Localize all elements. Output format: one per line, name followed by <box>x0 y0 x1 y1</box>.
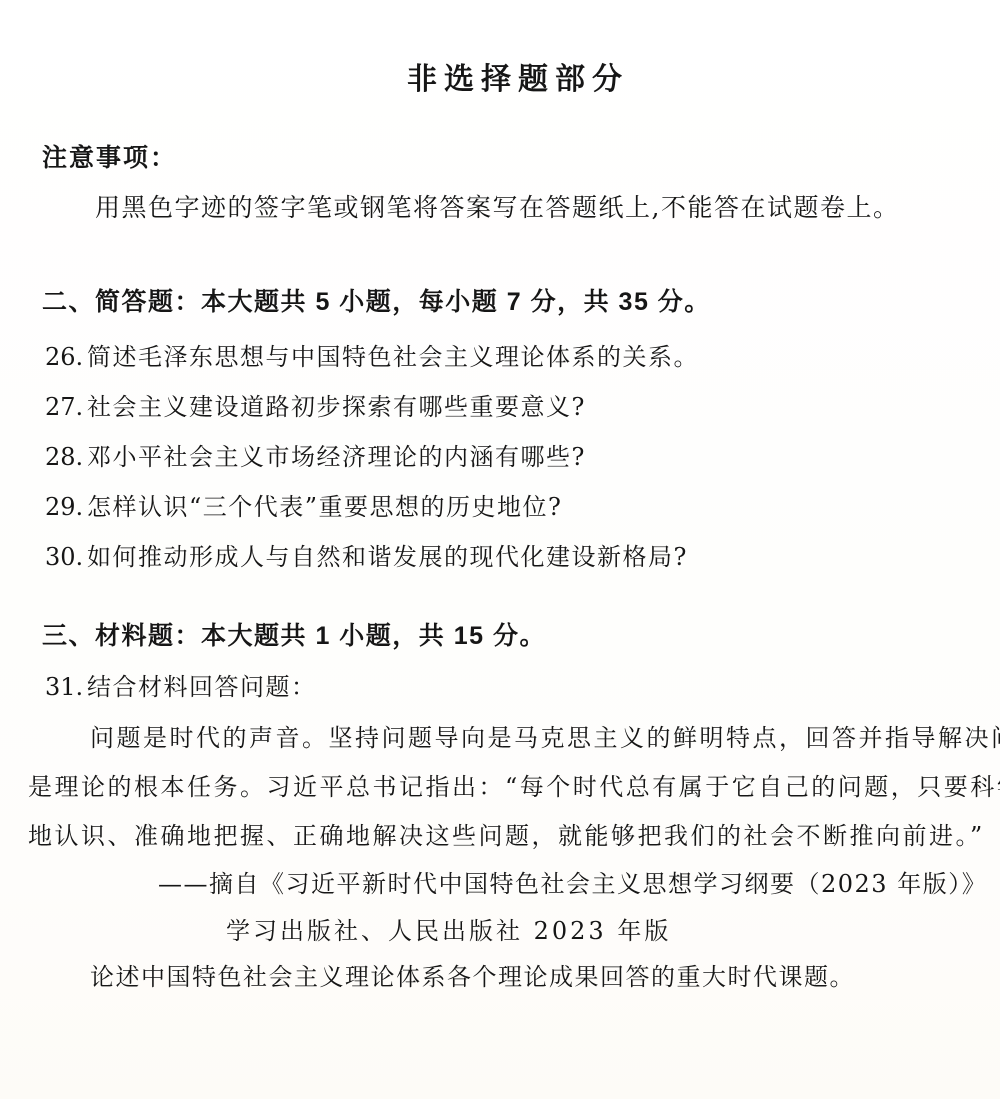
question-28-text: 邓小平社会主义市场经济理论的内涵有哪些? <box>87 442 970 472</box>
exam-paper-page: 非选择题部分 注意事项： 用黑色字迹的签字笔或钢笔将答案写在答题纸上,不能答在试… <box>0 0 1000 1099</box>
section3-heading: 三、材料题：本大题共 1 小题，共 15 分。 <box>42 616 1000 652</box>
question-26-text: 简述毛泽东思想与中国特色社会主义理论体系的关系。 <box>87 342 970 372</box>
question-29: 29. 怎样认识“三个代表”重要思想的历史地位? <box>45 492 970 522</box>
material-source-citation: ——摘自《习近平新时代中国特色社会主义思想学习纲要（2023 年版）》 <box>158 861 1000 908</box>
question-27: 27. 社会主义建设道路初步探索有哪些重要意义? <box>45 392 970 422</box>
section2-heading: 二、简答题：本大题共 5 小题，每小题 7 分，共 35 分。 <box>42 282 1000 318</box>
question-31-task: 论述中国特色社会主义理论体系各个理论成果回答的重大时代课题。 <box>28 954 975 1001</box>
material-publisher: 学习出版社、人民出版社 2023 年版 <box>226 908 1000 954</box>
question-28-number: 28. <box>45 442 87 472</box>
notice-heading: 注意事项： <box>42 138 1000 174</box>
question-30-text: 如何推动形成人与自然和谐发展的现代化建设新格局? <box>87 542 970 572</box>
material-paragraph: 问题是时代的声音。坚持问题导向是马克思主义的鲜明特点，回答并指导解决问题 是理论… <box>0 714 1000 861</box>
notice-text: 用黑色字迹的签字笔或钢笔将答案写在答题纸上,不能答在试题卷上。 <box>95 188 960 224</box>
question-26: 26. 简述毛泽东思想与中国特色社会主义理论体系的关系。 <box>45 342 970 372</box>
material-line-3: 地认识、准确地把握、正确地解决这些问题，就能够把我们的社会不断推向前进。” <box>28 812 975 861</box>
material-line-2: 是理论的根本任务。习近平总书记指出：“每个时代总有属于它自己的问题，只要科学 <box>28 763 975 812</box>
question-30: 30. 如何推动形成人与自然和谐发展的现代化建设新格局? <box>45 542 970 572</box>
question-27-text: 社会主义建设道路初步探索有哪些重要意义? <box>87 392 970 422</box>
page-title: 非选择题部分 <box>18 0 1000 98</box>
question-30-number: 30. <box>45 542 87 572</box>
question-31-number: 31. <box>45 672 87 702</box>
question-31-text: 结合材料回答问题： <box>87 672 970 702</box>
material-line-1: 问题是时代的声音。坚持问题导向是马克思主义的鲜明特点，回答并指导解决问题 <box>28 714 975 763</box>
question-28: 28. 邓小平社会主义市场经济理论的内涵有哪些? <box>45 442 970 472</box>
question-31: 31. 结合材料回答问题： <box>45 672 970 702</box>
question-29-text: 怎样认识“三个代表”重要思想的历史地位? <box>87 492 970 522</box>
question-29-number: 29. <box>45 492 87 522</box>
question-27-number: 27. <box>45 392 87 422</box>
question-26-number: 26. <box>45 342 87 372</box>
